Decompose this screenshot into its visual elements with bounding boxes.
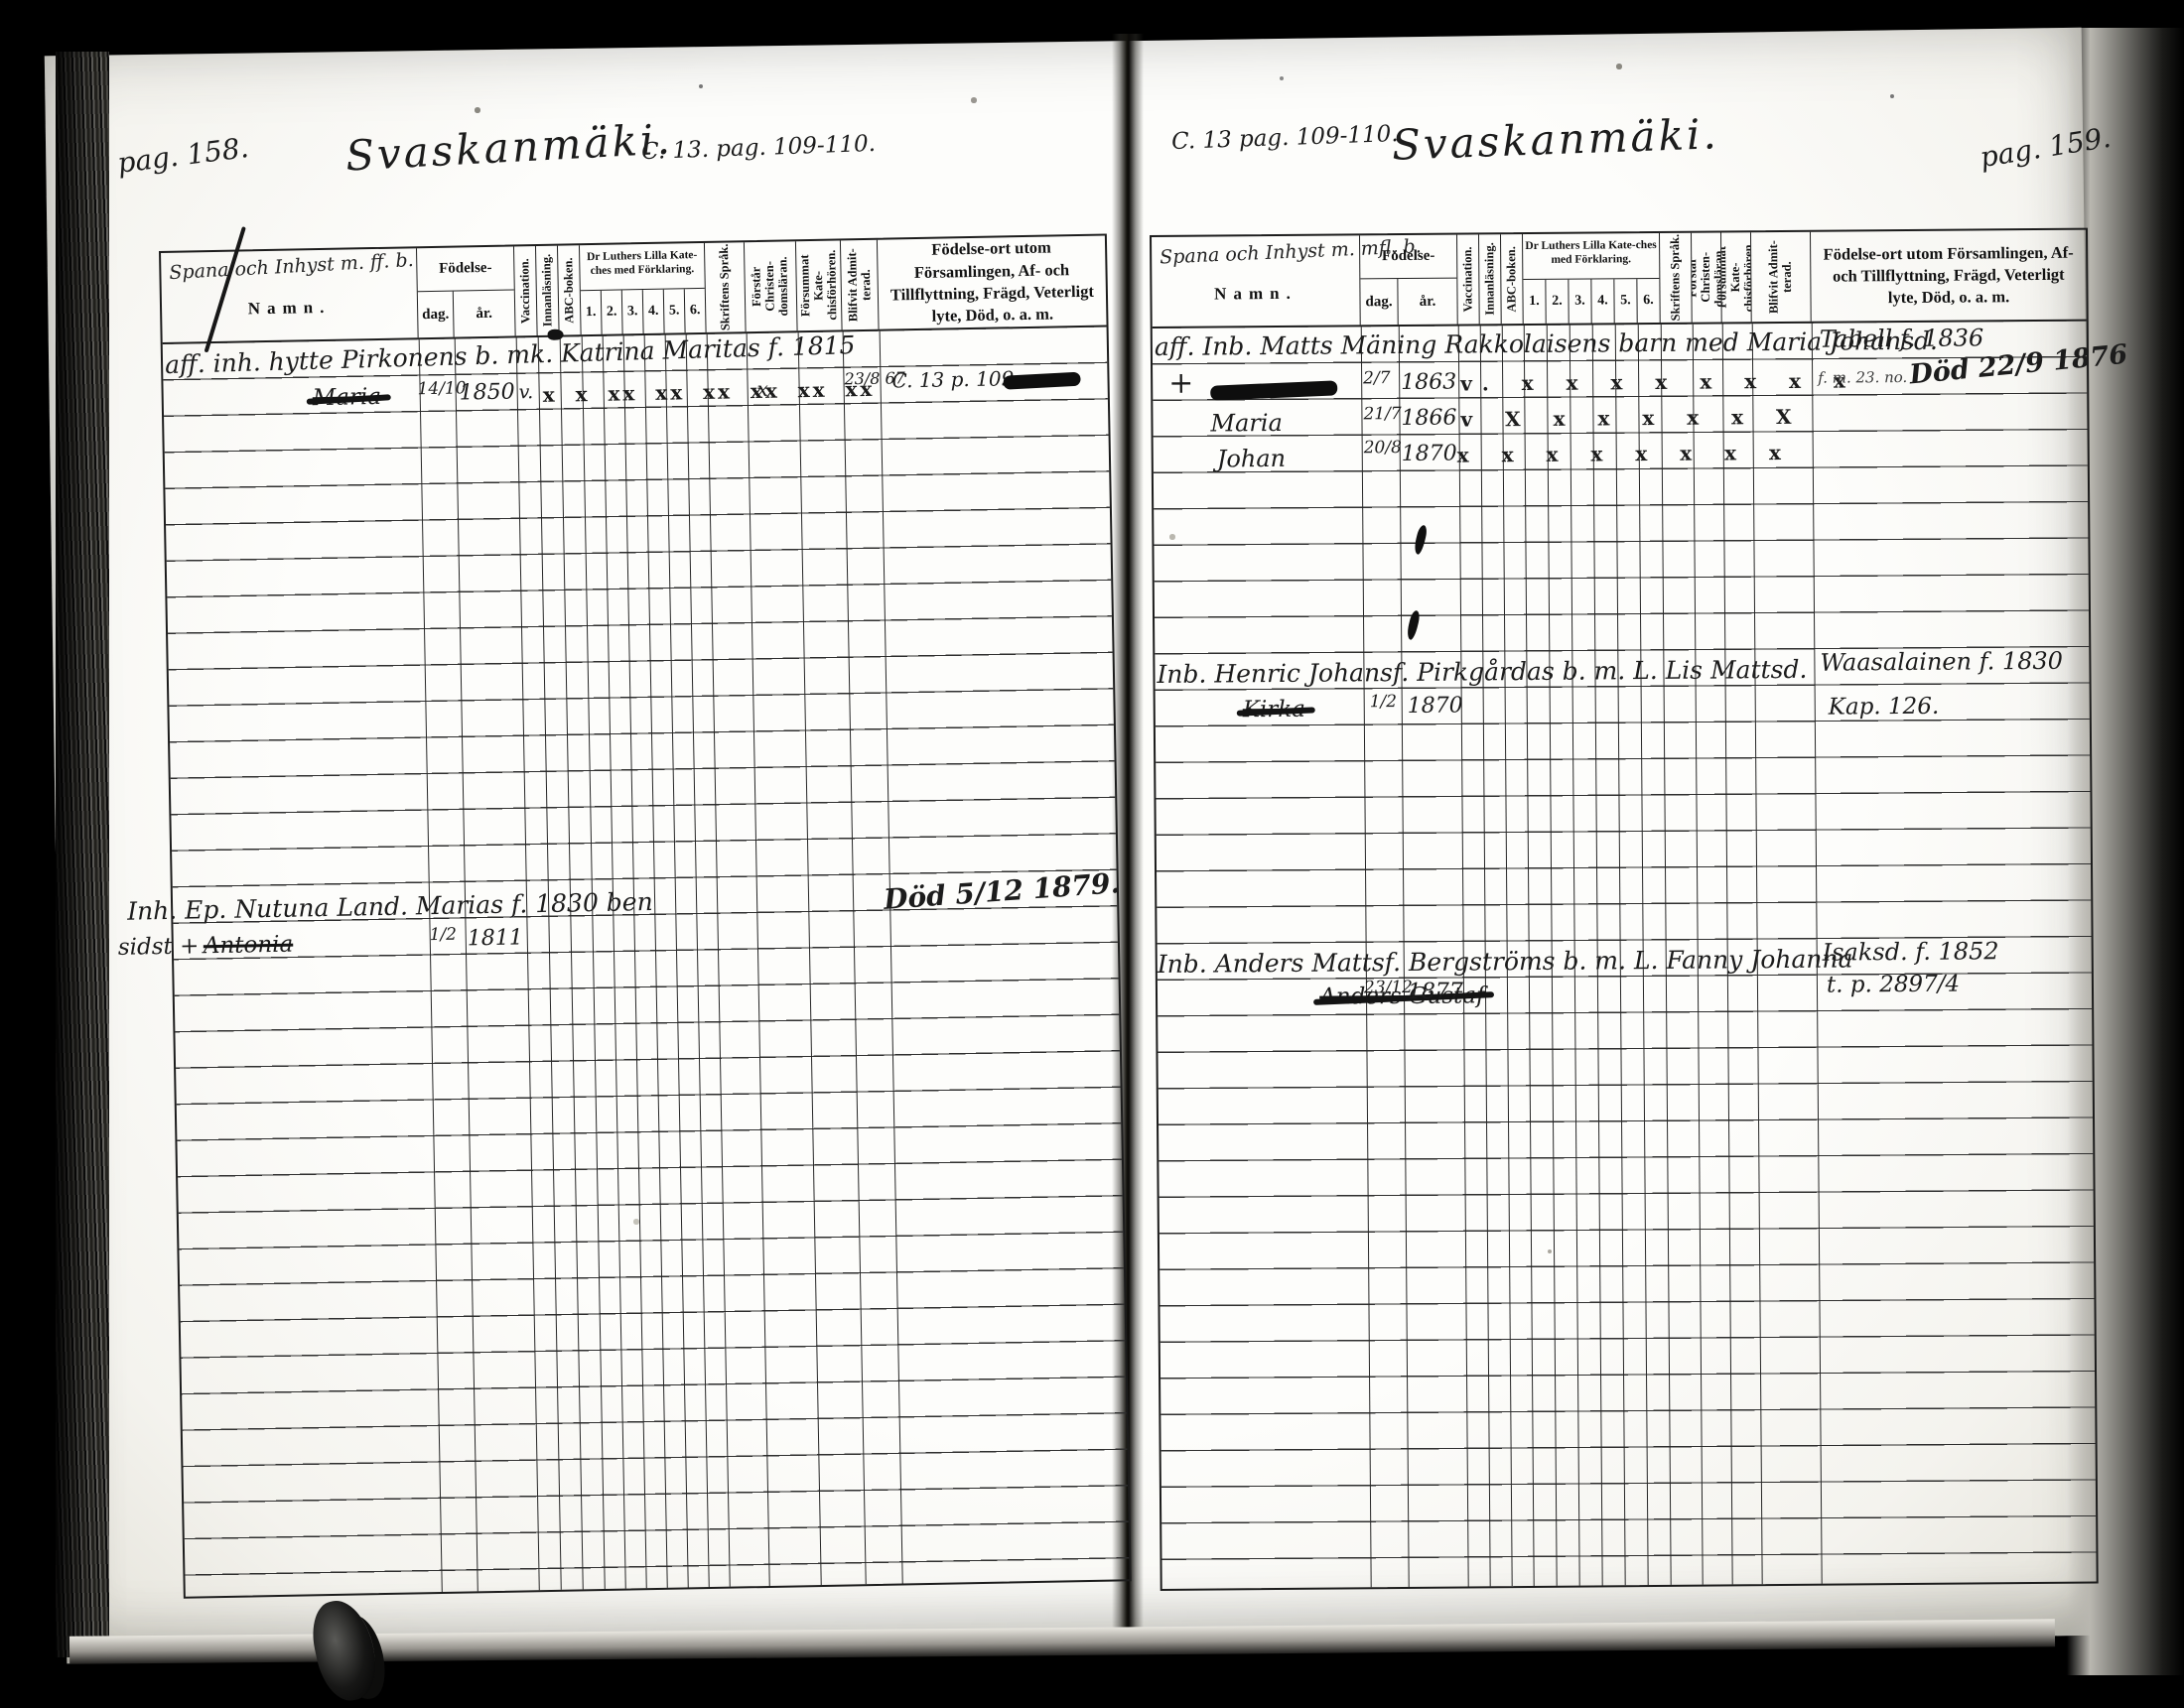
- entry-exam-marks: v. x x x x x x x x: [1460, 368, 1857, 395]
- entry-birth-year: 1870: [1402, 442, 1457, 466]
- redaction-mark: [1003, 372, 1081, 390]
- col-fodelseort-label: Födelse-ort utom Församlingen, Af- och T…: [878, 232, 1107, 332]
- entry-birth-day: 1/2: [1370, 692, 1398, 712]
- entry-line: aff. Inb. Matts Mäning Rakkolaisens barn…: [1155, 328, 1810, 361]
- col-admitterad-label: Blifvit Admit-terad.: [1767, 232, 1795, 322]
- kateches-4: 4.: [1591, 279, 1614, 323]
- col-dag-label: dag.: [418, 292, 455, 338]
- entry-birth-year: 1870: [1408, 694, 1463, 719]
- entry-note: t. p. 2897/4: [1827, 972, 1960, 998]
- col-fodelse-label: Födelse-: [1360, 235, 1456, 280]
- entry-birth-year: 1811: [468, 925, 523, 951]
- cross-mark: +: [1168, 366, 1193, 401]
- col-sprak-cell: Skriftens Språk.: [705, 242, 747, 332]
- book-left-edge: [56, 52, 109, 1657]
- kateches-2: 2.: [1546, 280, 1569, 324]
- entry-line: Inh. Ep. Nutuna Land. Marias f. 1830 ben: [127, 883, 862, 926]
- entry-line: Inb. Henric Johansf. Pirkgårdas b. m. L.…: [1157, 655, 1812, 689]
- entry-note: Tabell f. 1836: [1820, 324, 1984, 352]
- kateches-3: 3.: [1569, 280, 1591, 324]
- redaction-mark: [1210, 380, 1338, 400]
- entry-vaccination-mark: v.: [518, 381, 533, 403]
- scan-speckles: [0, 0, 2, 2]
- kateches-1: 1.: [581, 291, 603, 334]
- kateches-6: 6.: [685, 289, 706, 332]
- right-table-header: Spana och Inhyst m. mfl. b. Namn. Födels…: [1152, 230, 2087, 328]
- col-fodelse-label: Födelse-: [417, 246, 514, 292]
- col-ar-label: år.: [454, 290, 515, 336]
- col-kateches-cell: Dr Luthers Lilla Kate-ches med Förklarin…: [1523, 233, 1661, 324]
- col-innanlasning-label: Innanläsning.: [1483, 243, 1497, 316]
- col-abc-label: ABC-boken.: [1505, 246, 1519, 312]
- left-record-table: Spana och Inhyst m. ff. b. Namn. Födelse…: [159, 233, 1132, 1598]
- col-namn-label: Namn.: [248, 298, 332, 320]
- kateches-5: 5.: [1614, 279, 1637, 323]
- kateches-1: 1.: [1523, 280, 1546, 324]
- kateches-3: 3.: [622, 290, 644, 333]
- col-admitterad-cell: Blifvit Admit-terad.: [1751, 232, 1812, 322]
- col-forstar-label: Förstår Christen-domsläran.: [750, 241, 791, 331]
- entry-exam-marks: v X x x x x x X: [1460, 405, 1803, 432]
- entry-birth-day: 21/7: [1363, 404, 1401, 424]
- entry-name: Antonia: [204, 932, 294, 960]
- entry-note-prefix: f. m. 23. no.: [1818, 368, 1907, 387]
- entry-name: Maria: [313, 384, 382, 411]
- col-fodelse-cell: Födelse- dag. år.: [1360, 235, 1458, 326]
- entry-birth-day: 1/2: [429, 925, 457, 945]
- col-forsummat-cell: Försummat Kate-chisförhören.: [1721, 232, 1752, 322]
- right-record-table: Spana och Inhyst m. mfl. b. Namn. Födels…: [1150, 228, 2099, 1591]
- entry-sprak-mark: x: [756, 377, 768, 401]
- name-annotation: Spana och Inhyst m. ff. b.: [169, 249, 414, 284]
- col-namn-cell: Spana och Inhyst m. ff. b. Namn.: [161, 248, 419, 342]
- col-fodelseort-label: Födelse-ort utom Församlingen, Af- och T…: [1811, 237, 2087, 314]
- col-abc-cell: ABC-boken.: [1501, 234, 1524, 324]
- entry-name: Kirka: [1243, 697, 1305, 723]
- entry-birth-year: 1877: [1408, 980, 1463, 1004]
- entry-birth-day: 23/12: [1364, 978, 1413, 997]
- kateches-2: 2.: [602, 290, 623, 333]
- col-sprak-cell: Skriftens Språk.: [1660, 233, 1693, 323]
- col-dag-label: dag.: [1360, 279, 1398, 325]
- ink-blot: [548, 329, 564, 340]
- col-vaccination-label: Vaccination.: [1461, 246, 1475, 312]
- col-vaccination-cell: Vaccination.: [1457, 234, 1480, 324]
- kateches-6: 6.: [1637, 279, 1659, 323]
- col-namn-cell: Spana och Inhyst m. mfl. b. Namn.: [1152, 235, 1361, 327]
- col-sprak-label: Skriftens Språk.: [718, 244, 733, 331]
- col-forsummat-cell: Försummat Kate-chisförhören.: [796, 240, 843, 330]
- col-admitterad-cell: Blifvit Admit-terad.: [841, 240, 880, 330]
- ink-mark: [1406, 609, 1422, 640]
- col-kateches-numbers: 1. 2. 3. 4. 5. 6.: [1523, 279, 1659, 324]
- entry-birth-year: 1863: [1401, 370, 1456, 395]
- col-sprak-label: Skriftens Språk.: [1669, 234, 1683, 322]
- entry-name-prefix: sidst +: [118, 933, 200, 960]
- ink-mark: [1413, 524, 1429, 555]
- kateches-5: 5.: [664, 289, 686, 332]
- col-fodelseort-cell: Födelse-ort utom Församlingen, Af- och T…: [1811, 230, 2087, 322]
- entry-exam-marks: x x x x x x x x: [1457, 441, 1793, 467]
- right-table-body: aff. Inb. Matts Mäning Rakkolaisens barn…: [1153, 322, 2097, 1589]
- col-vaccination-cell: Vaccination.: [514, 246, 538, 335]
- entry-line: Inb. Anders Mattsf. Bergströms b. m. L. …: [1158, 945, 1813, 979]
- entry-birth-day: 20/8: [1364, 438, 1402, 458]
- entry-death-note: Död 5/12 1879.: [883, 866, 1121, 916]
- entry-birth-day: 2/7: [1363, 368, 1391, 388]
- col-kateches-cell: Dr Luthers Lilla Kate-ches med Förklarin…: [580, 243, 707, 334]
- col-abc-label: ABC-boken.: [562, 257, 577, 324]
- col-forsummat-label: Försummat Kate-chisförhören.: [798, 240, 840, 330]
- col-fodelse-split: dag. år.: [1360, 279, 1456, 326]
- col-kateches-label: Dr Luthers Lilla Kate-ches med Förklarin…: [1523, 233, 1659, 280]
- entry-birth-year: 1850: [459, 379, 514, 405]
- col-fodelseort-cell: Födelse-ort utom Församlingen, Af- och T…: [878, 236, 1107, 329]
- col-fodelse-split: dag. år.: [418, 290, 515, 337]
- entry-note: Kap. 126.: [1829, 694, 1940, 721]
- entry-note: C. 13 p. 109: [891, 366, 1014, 392]
- entry-note: Waasalainen f. 1830: [1820, 647, 2063, 677]
- col-forstar-cell: Förstår Christen-domsläran.: [1692, 232, 1722, 322]
- col-namn-label: Namn.: [1214, 284, 1297, 305]
- col-forsummat-label: Försummat Kate-chisförhören.: [1721, 232, 1752, 322]
- col-ar-label: år.: [1398, 279, 1456, 325]
- entry-exam-marks: x x xx xx xx xx xx xx: [543, 377, 876, 407]
- entry-name: Maria: [1210, 409, 1283, 438]
- left-table-body: aff. inh. hytte Pirkonens b. mk. Katrina…: [163, 328, 1130, 1597]
- col-fodelse-cell: Födelse- dag. år.: [417, 246, 516, 337]
- entry-name: Johan: [1217, 445, 1287, 473]
- col-abc-cell: ABC-boken.: [558, 245, 582, 334]
- col-innanlasning-cell: Innanläsning.: [1479, 234, 1502, 324]
- col-forstar-cell: Förstår Christen-domsläran.: [745, 241, 798, 331]
- col-forstar-label: Förstår Christen-domsläran.: [1692, 232, 1722, 322]
- left-table-header: Spana och Inhyst m. ff. b. Namn. Födelse…: [161, 236, 1107, 344]
- col-innanlasning-cell: Innanläsning.: [536, 246, 560, 335]
- entry-note: Isaksd. f. 1852: [1823, 937, 1999, 966]
- col-kateches-label: Dr Luthers Lilla Kate-ches med Förklarin…: [580, 243, 705, 291]
- col-kateches-numbers: 1. 2. 3. 4. 5. 6.: [581, 289, 706, 334]
- col-innanlasning-label: Innanläsning.: [540, 254, 555, 328]
- col-vaccination-label: Vaccination.: [518, 258, 533, 324]
- entry-birth-year: 1866: [1401, 406, 1456, 431]
- col-admitterad-label: Blifvit Admit-terad.: [845, 240, 874, 329]
- kateches-4: 4.: [643, 290, 665, 333]
